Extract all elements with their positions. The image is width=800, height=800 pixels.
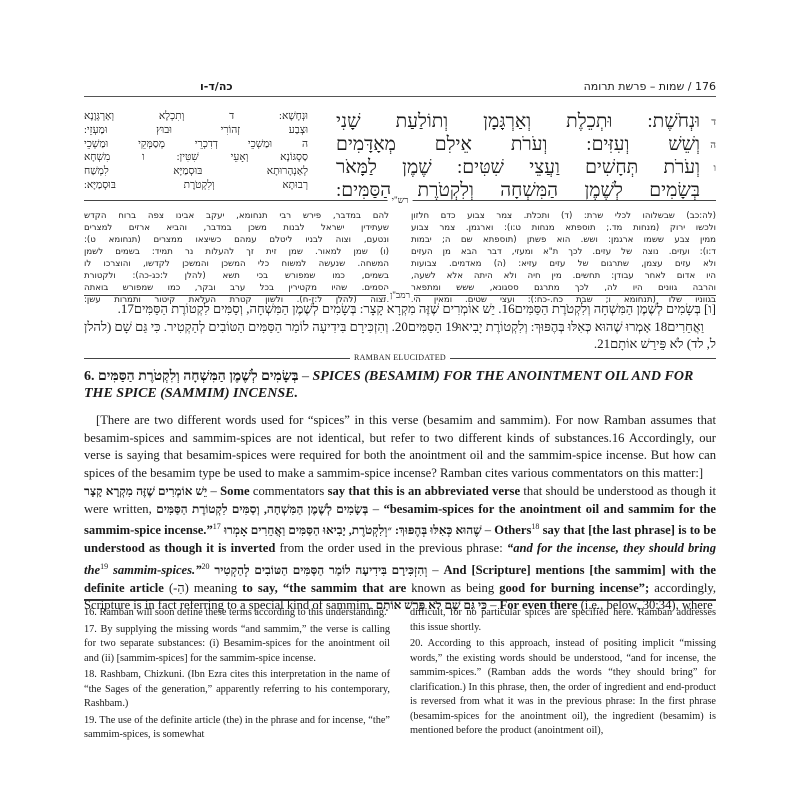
rashi-line: להם במדבר, פירש רבי תנחומא, יעקב אבינו צ… (84, 210, 389, 222)
ramban-paragraph: וַאֲחֵרִים18 אָמְרוּ שֶׁהוּא כְּאִלּוּ ב… (84, 318, 716, 353)
footnote: 20. According to this approach, instead … (410, 637, 716, 739)
ramban-hebrew-text: [ו] בְּשָׂמִים לְשֶׁמֶן הַמִּשְׁחָה וְלִ… (84, 300, 716, 353)
hebrew-lemma: וַאֲחֵרִים אָמְרוּ (224, 523, 285, 537)
page-number-and-title: 176 / שמות – פרשת תרומה (584, 80, 716, 93)
ramban-paragraph: [ו] בְּשָׂמִים לְשֶׁמֶן הַמִּשְׁחָה וְלִ… (84, 300, 716, 318)
onkelos-line: לְאַנְהָרוּתָא בּוּסְמַיָּא לִמְשַׁח (84, 165, 308, 179)
verse-number: ד (711, 111, 716, 134)
text-bold-italic: sammim-spices.” (113, 563, 202, 577)
footnote: 18. Rashbam, Chizkuni. (Ibn Ezra cites t… (84, 668, 390, 712)
rashi-line: ונטעם, וצוה לבניו ליטלם עמהם כשיצאו ממצר… (84, 234, 389, 246)
onkelos-line: רְבוּתָא וְלִקְטֹרֶת בּוּסְמַיָּא: (84, 179, 308, 193)
heading-number: 6. (84, 369, 95, 384)
book-page: 176 / שמות – פרשת תרומה כה/ד-ו דוּנְחֹשֶ… (84, 0, 716, 800)
onkelos-translation: וּנְחָשָׁא: ד וְתִכְלָא וְאַרְגְּוָנָא ו… (84, 110, 308, 193)
footnote-ref[interactable]: 18 (531, 522, 539, 531)
text-bold: Some (220, 484, 249, 498)
footnote-ref[interactable]: 17 (213, 522, 221, 531)
rashi-line: ולא עזים עצמן, שתרגום של עזים עזיא: (ה) … (411, 258, 716, 270)
text-bold: Others (494, 523, 531, 537)
footnotes-right-column: difficult, for no particular spices are … (410, 606, 716, 741)
elucidated-paragraph: יֵשׁ אוֹמְרִים שֶׁזֶּה מִקְרָא קָצָר – S… (84, 483, 716, 615)
text-bold: say that [the last phrase] is (543, 523, 687, 537)
hebrew-lemma: שֶׁהוּא כְּאִלּוּ בְּהֶפּוּךְ: ״וְלִקְטֹ… (288, 523, 481, 537)
elucidated-intro: [There are two different words used for … (84, 412, 716, 483)
running-header: 176 / שמות – פרשת תרומה כה/ד-ו (84, 80, 716, 97)
footnotes-left-column: 16. Ramban will soon define these terms … (84, 606, 390, 745)
rashi-line: (ו) שמן למאור. שמן זית זך להעלות נר תמיד… (84, 246, 389, 258)
hebrew-lemma: וְהִזְכִּירָם בִּידִיעָה לוֹמַר הַסַּמִּ… (214, 563, 427, 577)
rashi-line: ולכשו ירוק (מנחות מד.; תוספתא מנחות ט:ו)… (411, 222, 716, 234)
heading-hebrew: בְּשָׂמִים לְשֶׁמֶן הַמִּשְׁחָה וְלִקְטֹ… (98, 369, 299, 384)
chapter-verse-ref: כה/ד-ו (200, 80, 233, 93)
text-bold: say that this is an abbreviated verse (328, 484, 520, 498)
verse-text: וְשֵׁשׁ וְעִזִּים: וְעֹרֹת אֵילִם מְאָדָ… (336, 134, 700, 155)
text: from the order used in the previous phra… (279, 541, 502, 555)
elucidated-label: RAMBAN ELUCIDATED (350, 352, 450, 364)
footnote: 17. By supplying the missing words “and … (84, 623, 390, 667)
dash: – (302, 369, 313, 384)
elucidated-heading: 6. בְּשָׂמִים לְשֶׁמֶן הַמִּשְׁחָה וְלִק… (84, 368, 716, 402)
onkelos-line: סַסְגּוֹנָא וְאָעֵי שִׁטִּין: ו מִשְׁחָא (84, 151, 308, 165)
footnote: 19. The use of the definite article (the… (84, 714, 390, 743)
rashi-divider: רש"י (84, 194, 716, 206)
rashi-line: המשחה. שנעשה למשוח כלי המשכן והמשכן לקדש… (84, 258, 389, 270)
elucidated-body: [There are two different words used for … (84, 412, 716, 615)
verse-text: וּנְחֹשֶׁת: וּתְכֵלֶת וְאַרְגָּמָן וְתוֹ… (336, 111, 700, 132)
verse-text: וְעֹרֹת תְּחָשִׁים וַעֲצֵי שִׁטִּים: שֶׁ… (336, 157, 700, 178)
onkelos-line: ה וּמַשְׁכֵי דְדִכְרֵי מְסַמְּקֵי וּמַשְ… (84, 138, 308, 152)
onkelos-line: וּנְחָשָׁא: ד וְתִכְלָא וְאַרְגְּוָנָא (84, 110, 308, 124)
torah-verses: דוּנְחֹשֶׁת: וּתְכֵלֶת וְאַרְגָּמָן וְתו… (336, 110, 716, 202)
verse-line: הוְשֵׁשׁ וְעִזִּים: וְעֹרֹת אֵילִם מְאָד… (336, 133, 716, 156)
text: known as being (411, 581, 494, 595)
verse-line: דוּנְחֹשֶׁת: וּתְכֵלֶת וְאַרְגָּמָן וְתו… (336, 110, 716, 133)
rashi-line: בשמים, כמו שמפורש בכי תשא (להלן ל:כג-כה)… (84, 270, 389, 282)
rashi-line: ד:ו): ועזים. נוצה של עזים. לכך ת"א ומעזי… (411, 246, 716, 258)
footnote-ref[interactable]: 19 (100, 562, 108, 571)
footnote-ref[interactable]: 20 (202, 562, 210, 571)
rashi-label: רש"י (388, 194, 413, 206)
footnote: 16. Ramban will soon define these terms … (84, 606, 390, 621)
footnote-rule (84, 599, 716, 601)
verse-number: ה (710, 134, 716, 157)
elucidated-divider: RAMBAN ELUCIDATED (84, 352, 716, 364)
verse-number: ו (713, 157, 716, 180)
footnote: difficult, for no particular spices are … (410, 606, 716, 635)
verse-line: ווְעֹרֹת תְּחָשִׁים וַעֲצֵי שִׁטִּים: שֶ… (336, 156, 716, 179)
rashi-line: (לה:כב) שבשלוהו לכלי שרת: (ד) ותכלת. צמר… (411, 210, 716, 222)
text-bold: good for burning incense”; (499, 581, 649, 595)
text: commentators (253, 484, 324, 498)
rashi-line: היו אדום לאחר עבודן: תחשים. מין חיה ולא … (411, 270, 716, 282)
onkelos-line: וּצְבַע זְהוֹרִי וּבוּץ וּמַעְזֵי: (84, 124, 308, 138)
text-bold: to say, “the sammim that are (242, 581, 406, 595)
hebrew-lemma: יֵשׁ אוֹמְרִים שֶׁזֶּה מִקְרָא קָצָר (84, 484, 207, 498)
text: (-הַ) meaning (169, 581, 237, 595)
hebrew-lemma: בְּשָׂמִים לְשֶׁמֶן הַמִּשְׁחָה, וְסַמִּ… (156, 502, 368, 516)
rashi-line: ממין צבע ששמו ארגמן: ושש. הוא פשתן (תוספ… (411, 234, 716, 246)
rashi-line: שעתידין ישראל לבנות משכן במדבר, והביא אר… (84, 222, 389, 234)
